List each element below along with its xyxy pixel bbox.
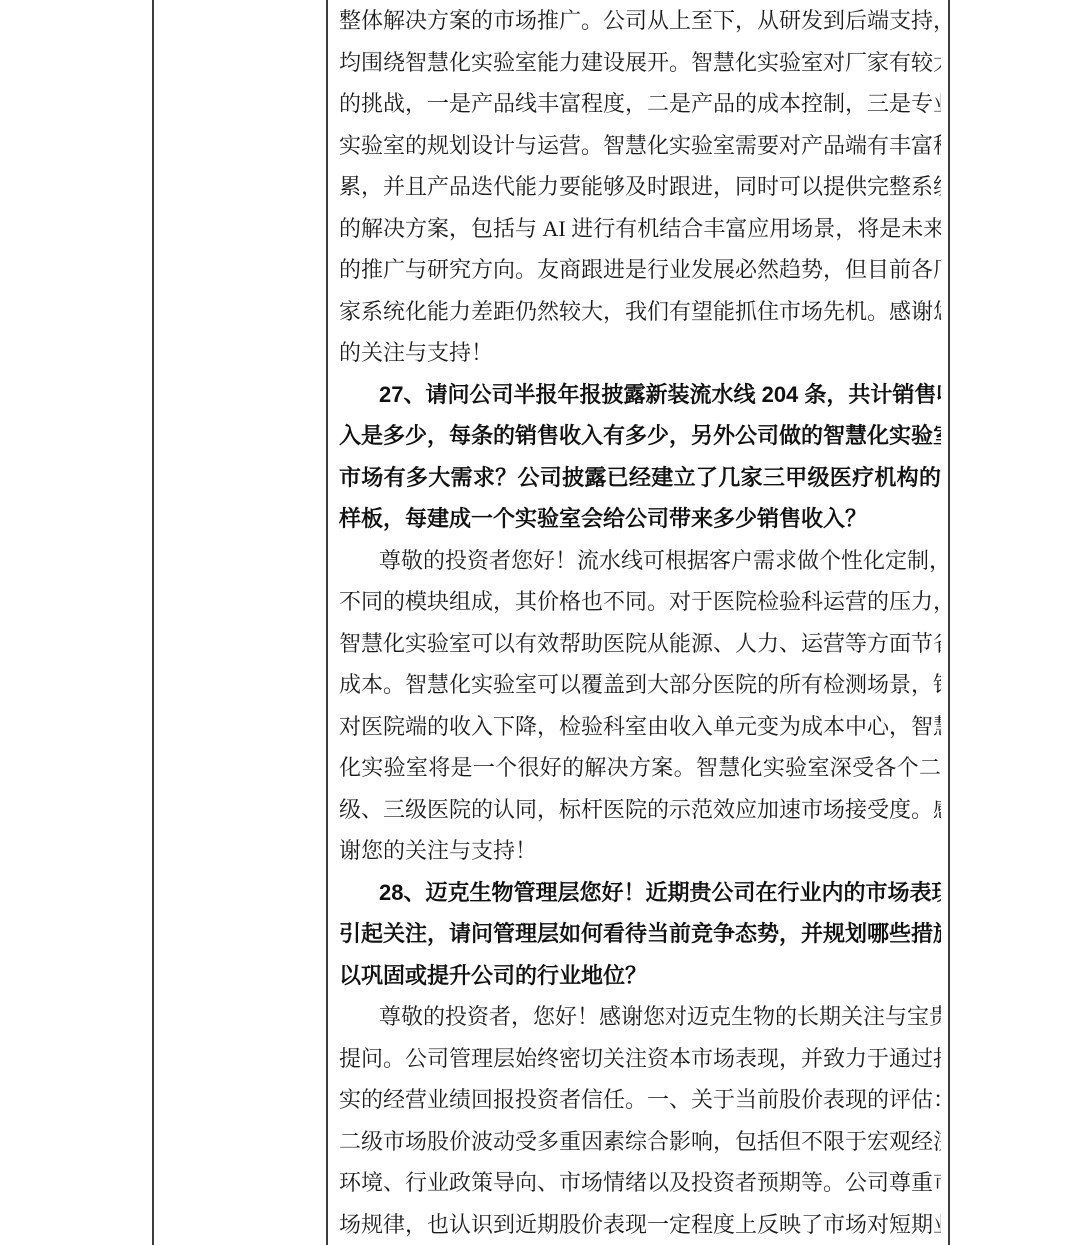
text-line: 对医院端的收入下降，检验科室由收入单元变为成本中心，智慧 — [339, 706, 941, 748]
text-line: 27、请问公司半报年报披露新装流水线 204 条，共计销售收 — [339, 374, 941, 416]
text-line: 成本。智慧化实验室可以覆盖到大部分医院的所有检测场景，针 — [339, 664, 941, 706]
table-border-left — [152, 0, 154, 1245]
text-line: 不同的模块组成，其价格也不同。对于医院检验科运营的压力， — [339, 581, 941, 623]
text-line: 28、迈克生物管理层您好！近期贵公司在行业内的市场表现 — [339, 872, 941, 914]
text-line: 整体解决方案的市场推广。公司从上至下，从研发到后端支持， — [339, 0, 941, 42]
table-column-divider — [326, 0, 328, 1245]
text-line: 化实验室将是一个很好的解决方案。智慧化实验室深受各个二 — [339, 747, 941, 789]
paragraph-answer-28: 尊敬的投资者，您好！感谢您对迈克生物的长期关注与宝贵提问。公司管理层始终密切关注… — [339, 996, 941, 1245]
text-line: 尊敬的投资者您好！流水线可根据客户需求做个性化定制， — [339, 540, 941, 582]
paragraph-question-28: 28、迈克生物管理层您好！近期贵公司在行业内的市场表现引起关注，请问管理层如何看… — [339, 872, 941, 997]
document-page: 整体解决方案的市场推广。公司从上至下，从研发到后端支持，均围绕智慧化实验室能力建… — [0, 0, 1080, 1245]
text-line: 以巩固或提升公司的行业地位？ — [339, 955, 941, 997]
text-line: 市场有多大需求？公司披露已经建立了几家三甲级医疗机构的 — [339, 457, 941, 499]
text-line: 均围绕智慧化实验室能力建设展开。智慧化实验室对厂家有较大 — [339, 42, 941, 84]
table-cell-content: 整体解决方案的市场推广。公司从上至下，从研发到后端支持，均围绕智慧化实验室能力建… — [339, 0, 941, 1245]
text-line: 智慧化实验室可以有效帮助医院从能源、人力、运营等方面节省 — [339, 623, 941, 665]
table-border-right — [948, 0, 950, 1245]
text-line: 尊敬的投资者，您好！感谢您对迈克生物的长期关注与宝贵 — [339, 996, 941, 1038]
text-line: 的关注与支持！ — [339, 332, 941, 374]
text-line: 谢您的关注与支持！ — [339, 830, 941, 872]
paragraph-answer-27: 尊敬的投资者您好！流水线可根据客户需求做个性化定制，不同的模块组成，其价格也不同… — [339, 540, 941, 872]
paragraph-answer-continuation: 整体解决方案的市场推广。公司从上至下，从研发到后端支持，均围绕智慧化实验室能力建… — [339, 0, 941, 374]
text-line: 场规律，也认识到近期股价表现一定程度上反映了市场对短期业 — [339, 1204, 941, 1245]
text-line: 提问。公司管理层始终密切关注资本市场表现，并致力于通过扎 — [339, 1038, 941, 1080]
text-line: 引起关注，请问管理层如何看待当前竞争态势，并规划哪些措施 — [339, 913, 941, 955]
text-line: 的挑战，一是产品线丰富程度，二是产品的成本控制，三是专业 — [339, 83, 941, 125]
text-line: 实验室的规划设计与运营。智慧化实验室需要对产品端有丰富积 — [339, 125, 941, 167]
paragraph-question-27: 27、请问公司半报年报披露新装流水线 204 条，共计销售收入是多少，每条的销售… — [339, 374, 941, 540]
text-line: 样板，每建成一个实验室会给公司带来多少销售收入？ — [339, 498, 941, 540]
text-line: 的推广与研究方向。友商跟进是行业发展必然趋势，但目前各厂 — [339, 249, 941, 291]
text-line: 二级市场股价波动受多重因素综合影响，包括但不限于宏观经济 — [339, 1121, 941, 1163]
text-line: 环境、行业政策导向、市场情绪以及投资者预期等。公司尊重市 — [339, 1162, 941, 1204]
text-line: 的解决方案，包括与 AI 进行有机结合丰富应用场景，将是未来 — [339, 208, 941, 250]
text-line: 入是多少，每条的销售收入有多少，另外公司做的智慧化实验室 — [339, 415, 941, 457]
text-line: 级、三级医院的认同，标杆医院的示范效应加速市场接受度。感 — [339, 789, 941, 831]
text-line: 累，并且产品迭代能力要能够及时跟进，同时可以提供完整系统 — [339, 166, 941, 208]
text-line: 实的经营业绩回报投资者信任。一、关于当前股价表现的评估： — [339, 1079, 941, 1121]
text-line: 家系统化能力差距仍然较大，我们有望能抓住市场先机。感谢您 — [339, 291, 941, 333]
